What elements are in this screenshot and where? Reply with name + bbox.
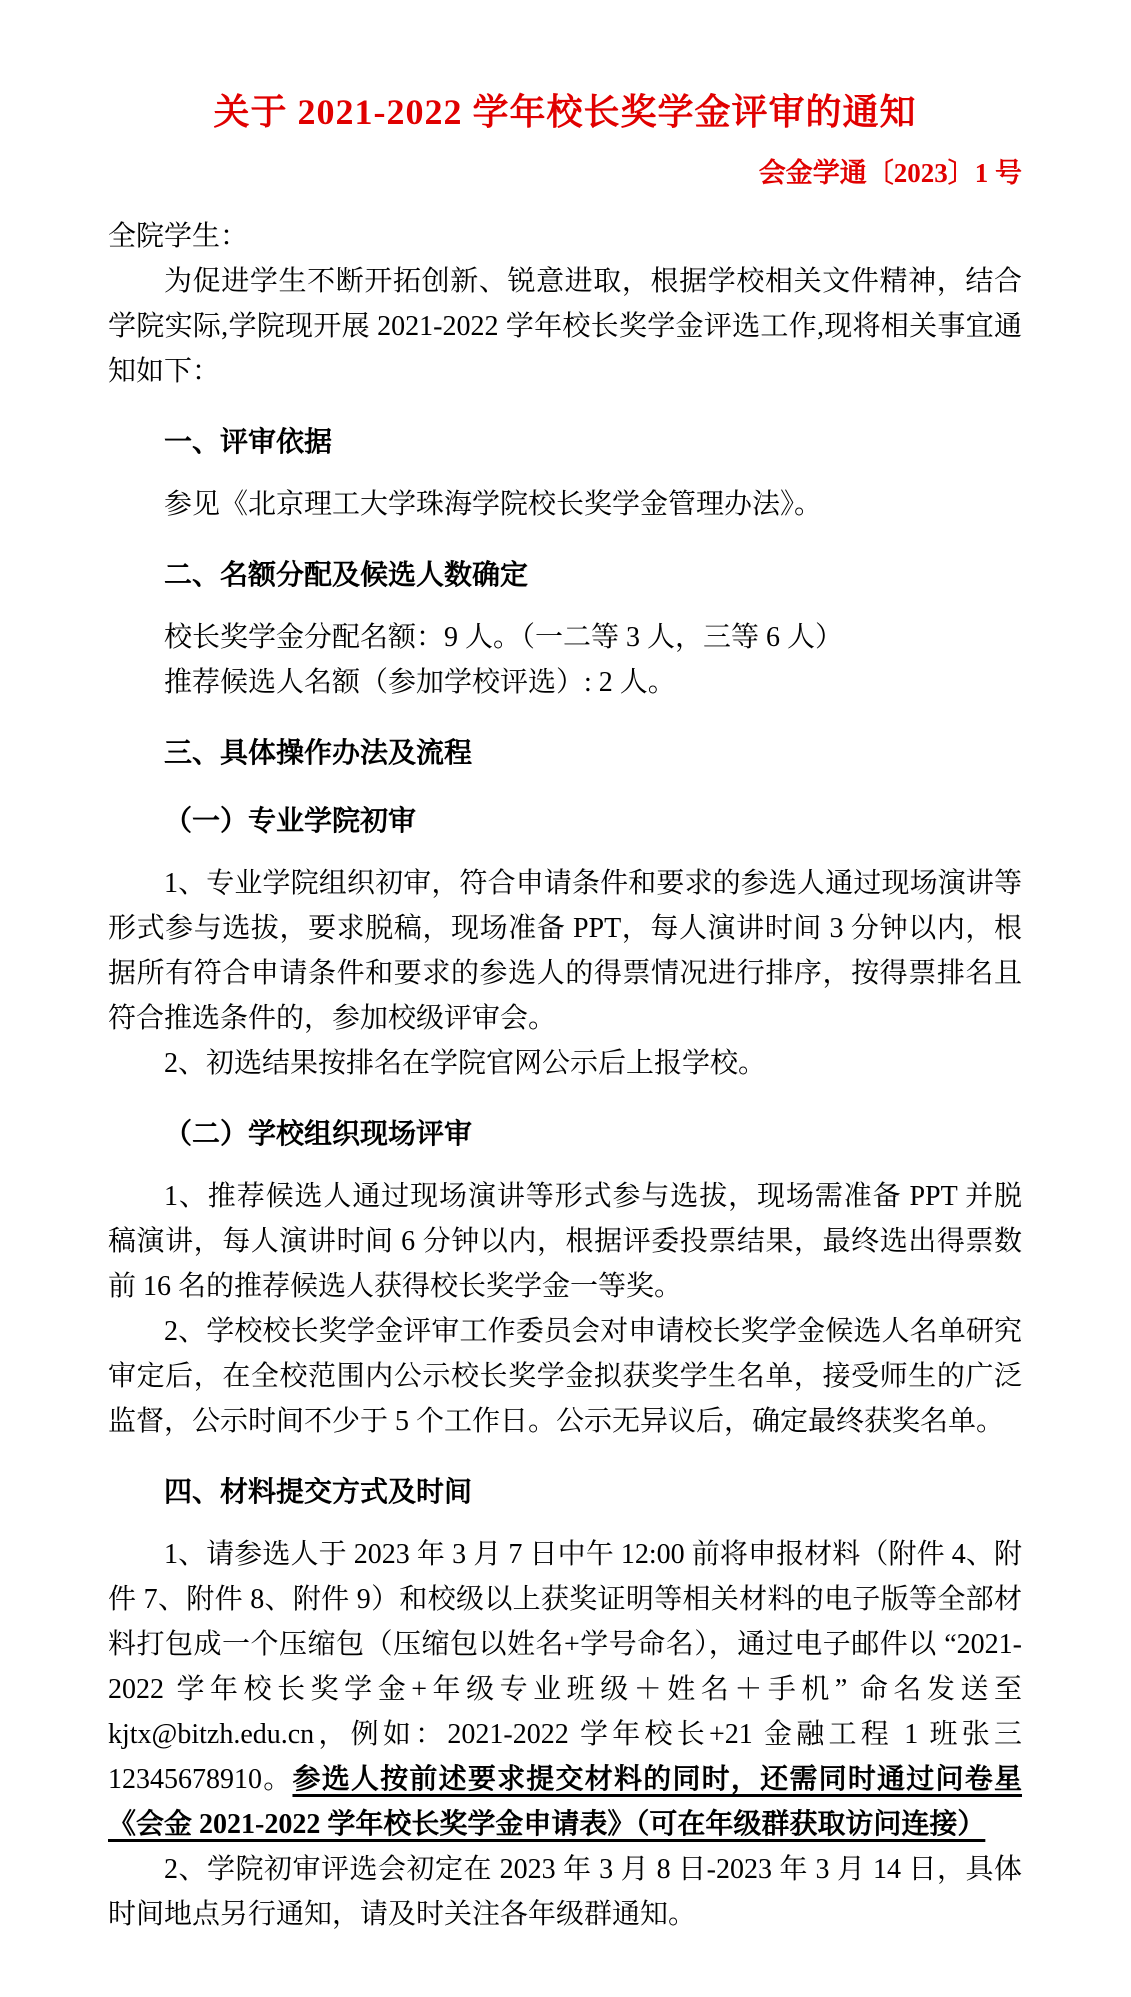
college-review-paragraph-1: 1、专业学院组织初审，符合申请条件和要求的参选人通过现场演讲等形式参与选拔，要求… (108, 861, 1022, 1041)
section-3-sub-2-heading: （二）学校组织现场评审 (108, 1114, 1022, 1154)
section-3-sub-1-heading: （一）专业学院初审 (108, 801, 1022, 841)
submission-paragraph-1: 1、请参选人于 2023 年 3 月 7 日中午 12:00 前将申报材料（附件… (108, 1532, 1022, 1847)
quota-line-scholarship: 校长奖学金分配名额：9 人。（一二等 3 人，三等 6 人） (108, 615, 1022, 660)
document-number: 会金学通〔2023〕1 号 (108, 156, 1022, 190)
section-1-heading: 一、评审依据 (108, 422, 1022, 462)
salutation: 全院学生： (108, 214, 1022, 259)
submission-paragraph-2: 2、学院初审评选会初定在 2023 年 3 月 8 日-2023 年 3 月 1… (108, 1847, 1022, 1937)
section-4-heading: 四、材料提交方式及时间 (108, 1472, 1022, 1512)
quota-line-candidates: 推荐候选人名额（参加学校评选）: 2 人。 (108, 660, 1022, 705)
document-title: 关于 2021-2022 学年校长奖学金评审的通知 (108, 88, 1022, 136)
school-review-paragraph-1: 1、推荐候选人通过现场演讲等形式参与选拔，现场需准备 PPT 并脱稿演讲，每人演… (108, 1174, 1022, 1309)
college-review-paragraph-2: 2、初选结果按排名在学院官网公示后上报学校。 (108, 1041, 1022, 1086)
section-2-heading: 二、名额分配及候选人数确定 (108, 555, 1022, 595)
notice-document-page: 关于 2021-2022 学年校长奖学金评审的通知 会金学通〔2023〕1 号 … (0, 0, 1131, 1997)
school-review-paragraph-2: 2、学校校长奖学金评审工作委员会对申请校长奖学金候选人名单研究审定后，在全校范围… (108, 1309, 1022, 1444)
section-1-body: 参见《北京理工大学珠海学院校长奖学金管理办法》。 (108, 482, 1022, 527)
section-3-heading: 三、具体操作办法及流程 (108, 733, 1022, 773)
intro-paragraph: 为促进学生不断开拓创新、锐意进取，根据学校相关文件精神，结合学院实际,学院现开展… (108, 259, 1022, 394)
submission-instructions-text: 1、请参选人于 2023 年 3 月 7 日中午 12:00 前将申报材料（附件… (108, 1539, 1022, 1795)
